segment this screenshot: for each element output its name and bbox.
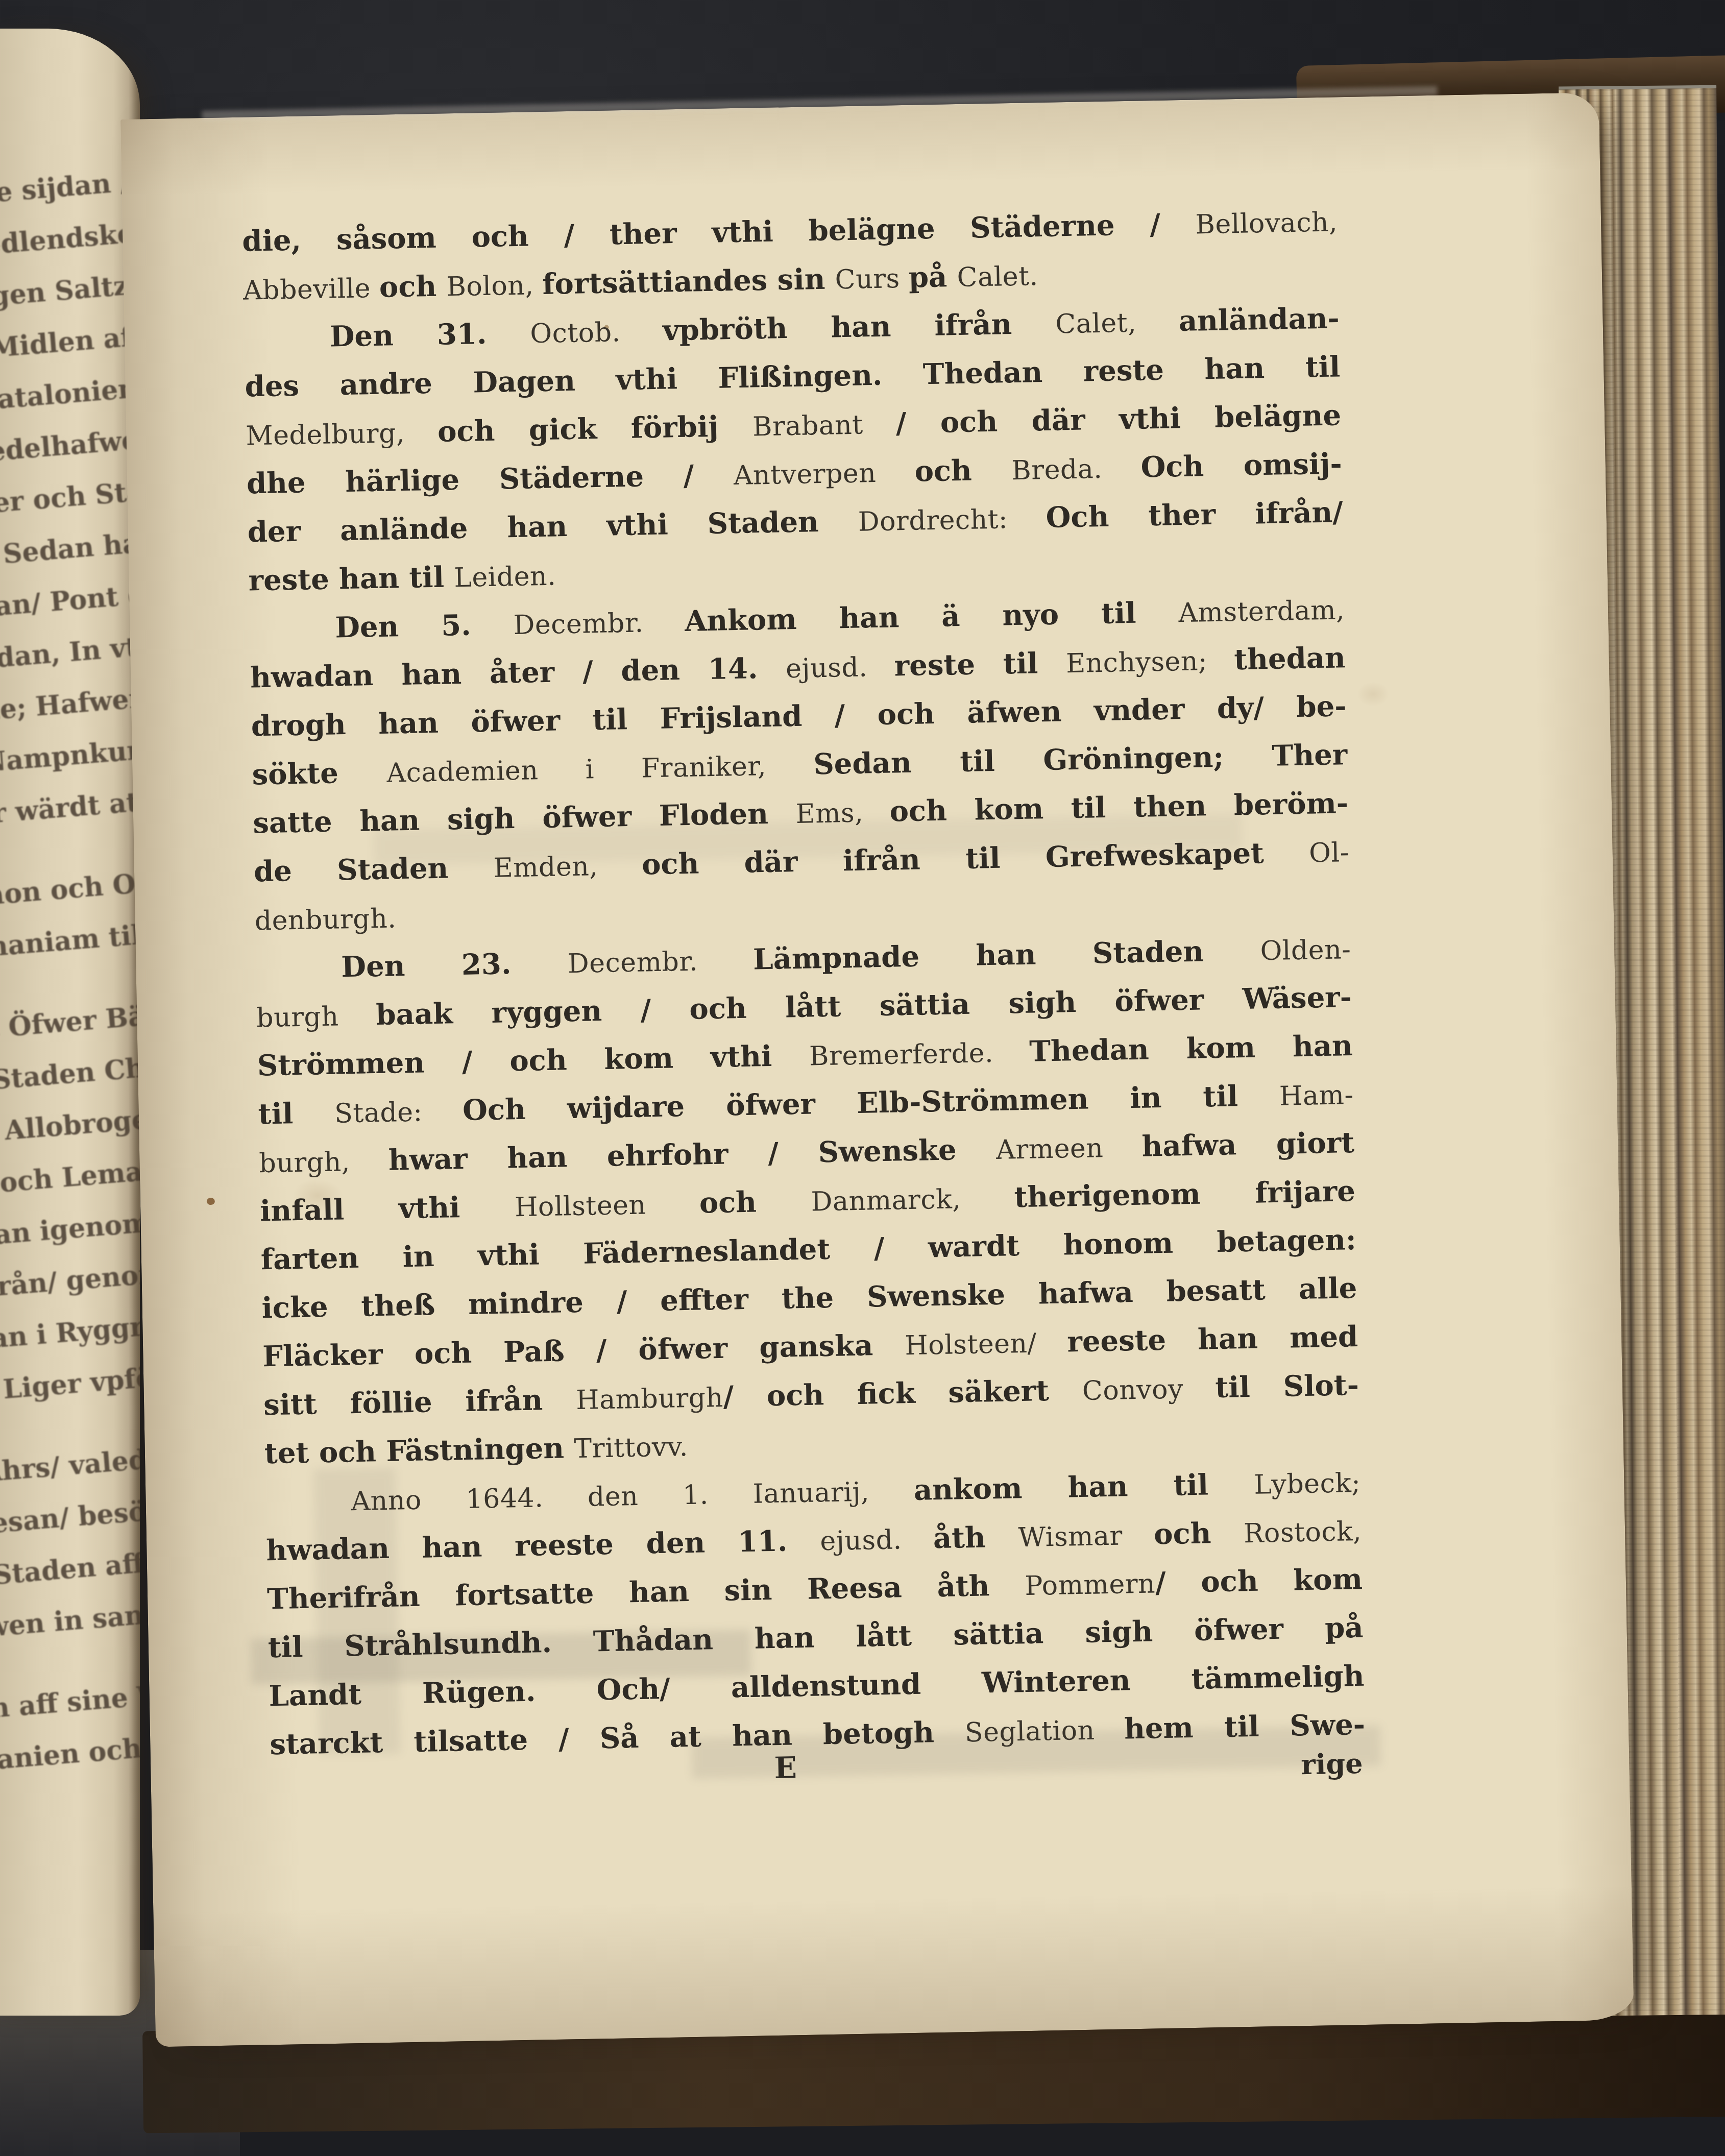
roman-type-segment: Medelburg,: [246, 418, 438, 452]
fraktur-type-segment: Och wijdare öfwer Elb-Strömmen in til: [463, 1079, 1280, 1127]
fraktur-type-segment: Fläcker och Paß / öfwer ganska: [262, 1328, 905, 1373]
fraktur-type-segment: til: [258, 1096, 335, 1131]
roman-type-segment: Ems,: [795, 797, 890, 830]
fraktur-type-segment: Och ther ifrån/: [1046, 495, 1343, 535]
roman-type-segment: burgh: [256, 1001, 376, 1033]
left-verso-page: wandres å den me sijdan /n andre/ ther M…: [0, 29, 140, 2016]
fraktur-type-segment: och: [699, 1184, 811, 1220]
roman-type-segment: ejusd.: [786, 651, 895, 684]
roman-type-segment: Decembr.: [568, 946, 754, 980]
fraktur-type-segment: och kom til then beröm-: [889, 786, 1348, 828]
fraktur-type-segment: och där ifrån til Grefweskapet: [642, 836, 1309, 882]
roman-type-segment: Anno 1644. den 1. Ianuarij,: [351, 1476, 914, 1517]
fraktur-type-segment: reste han til: [248, 560, 454, 597]
roman-type-segment: Amsterdam,: [1178, 595, 1345, 628]
roman-type-segment: Leiden.: [454, 561, 556, 594]
fraktur-type-segment: Thedan kom han: [1029, 1029, 1353, 1069]
fraktur-type-segment: therigenom frijare: [1014, 1174, 1356, 1214]
roman-type-segment: Academien i Franiker,: [386, 750, 814, 788]
roman-type-segment: Rostock,: [1244, 1516, 1362, 1549]
fraktur-type-segment: / och där vthi belägne: [895, 398, 1341, 440]
roman-type-segment: Calet.: [957, 261, 1038, 293]
roman-type-segment: Pommern: [1025, 1568, 1156, 1602]
fraktur-type-segment: tet och Fästningen: [264, 1431, 574, 1470]
fraktur-type-segment: hwadan han reeste den 11.: [266, 1523, 820, 1567]
fraktur-type-segment: Den 31.: [329, 316, 530, 353]
roman-type-segment: Hamburgh: [576, 1383, 724, 1416]
roman-type-segment: Curs: [835, 263, 909, 296]
roman-type-segment: Calet,: [1055, 307, 1179, 340]
roman-type-segment: Octob.: [530, 317, 663, 350]
fraktur-type-segment: Den 23.: [341, 946, 568, 984]
fraktur-type-segment: die, såsom och / ther vthi belägne Städe…: [242, 207, 1196, 258]
fraktur-type-segment: Och omsij-: [1140, 447, 1342, 484]
fraktur-type-segment: hafwa giort: [1141, 1126, 1355, 1164]
fraktur-type-segment: och gick förbij: [438, 409, 753, 448]
roman-type-segment: Hollsteen: [515, 1189, 700, 1223]
fraktur-type-segment: / och kom: [1155, 1562, 1363, 1600]
roman-type-segment: Seglation: [964, 1715, 1124, 1749]
roman-type-segment: Ol-: [1309, 837, 1350, 868]
fraktur-type-segment: Lämpnade han Staden: [753, 933, 1261, 976]
fraktur-type-segment: Ankom han ä nyo til: [684, 595, 1179, 638]
fraktur-type-segment: reste til: [894, 646, 1066, 683]
fraktur-type-segment: satte han sigh öfwer Floden: [253, 796, 796, 840]
roman-type-segment: Convoy: [1082, 1373, 1215, 1407]
roman-type-segment: Decembr.: [513, 607, 685, 641]
left-page-text: wandres å den me sijdan /n andre/ ther M…: [0, 156, 140, 1848]
fraktur-type-segment: på: [908, 260, 957, 295]
fraktur-type-segment: fortsättiandes sin: [542, 262, 836, 301]
roman-type-segment: Lybeck;: [1254, 1468, 1361, 1500]
roman-type-segment: Brabant: [752, 409, 896, 442]
fraktur-type-segment: sökte: [252, 756, 387, 792]
roman-type-segment: burgh,: [259, 1146, 389, 1179]
fraktur-type-segment: och: [914, 453, 1012, 488]
fraktur-type-segment: infall vthi: [260, 1190, 515, 1228]
fraktur-type-segment: ankom han til: [913, 1467, 1254, 1507]
roman-type-segment: denburgh.: [254, 903, 396, 936]
fraktur-type-segment: reeste han med: [1067, 1320, 1358, 1359]
fraktur-type-segment: vpbröth han ifrån: [663, 307, 1056, 348]
roman-type-segment: Trittovv.: [574, 1432, 688, 1464]
roman-type-segment: Olden-: [1260, 934, 1351, 966]
fraktur-type-segment: Therifrån fortsatte han sin Reesa åth: [267, 1568, 1025, 1616]
roman-type-segment: Armeen: [996, 1132, 1143, 1166]
fraktur-type-segment: Strömmen / och kom vthi: [257, 1039, 809, 1083]
main-recto-page: die, såsom och / ther vthi belägne Städe…: [120, 92, 1634, 2047]
roman-type-segment: Bolon,: [446, 270, 543, 302]
roman-type-segment: ejusd.: [820, 1524, 934, 1557]
roman-type-segment: Abbeville: [243, 273, 380, 306]
roman-type-segment: Antverpen: [733, 457, 915, 491]
roman-type-segment: Wismar: [1018, 1520, 1154, 1553]
fraktur-type-segment: til Slot-: [1215, 1368, 1359, 1404]
fraktur-type-segment: der anlände han vthi Staden: [247, 504, 858, 549]
fraktur-type-segment: Sedan til Gröningen; Ther: [813, 738, 1348, 781]
fraktur-type-segment: och: [1154, 1516, 1244, 1551]
catchword: rige: [1301, 1747, 1363, 1781]
main-text-block: die, såsom och / ther vthi belägne Städe…: [242, 197, 1366, 1769]
fraktur-type-segment: thedan: [1234, 641, 1346, 676]
fraktur-type-segment: de Staden: [253, 851, 494, 889]
left-page-text-fragment: elliest war wärdt at se: [0, 773, 140, 856]
roman-type-segment: Emden,: [493, 851, 642, 884]
roman-type-segment: Breda.: [1011, 453, 1141, 486]
fraktur-type-segment: dhe härlige Städerne /: [247, 458, 734, 500]
paper-speck: [207, 1198, 215, 1205]
fraktur-type-segment: och: [379, 269, 447, 304]
roman-type-segment: Stade:: [334, 1096, 463, 1129]
fraktur-type-segment: / och fick säkert: [723, 1373, 1083, 1414]
fraktur-type-segment: anländan-: [1178, 301, 1340, 338]
fraktur-type-segment: hwadan han åter / den 14.: [250, 651, 786, 694]
signature-mark: E: [774, 1750, 797, 1785]
roman-type-segment: Bremerferde.: [809, 1037, 1030, 1072]
fraktur-type-segment: hwar han ehrfohr / Swenske: [388, 1132, 996, 1177]
roman-type-segment: Holsteen/: [905, 1327, 1067, 1361]
roman-type-segment: Bellovach,: [1195, 207, 1338, 240]
roman-type-segment: Ham-: [1279, 1080, 1354, 1112]
roman-type-segment: Dordrecht:: [858, 503, 1046, 538]
fraktur-type-segment: sitt föllie ifrån: [263, 1383, 576, 1422]
book-photograph: wandres å den me sijdan /n andre/ ther M…: [0, 0, 1725, 2156]
roman-type-segment: Enchysen;: [1066, 645, 1234, 679]
fraktur-type-segment: Den 5.: [335, 608, 514, 644]
roman-type-segment: Danmarck,: [811, 1183, 1014, 1217]
fraktur-type-segment: åth: [933, 1520, 1018, 1555]
